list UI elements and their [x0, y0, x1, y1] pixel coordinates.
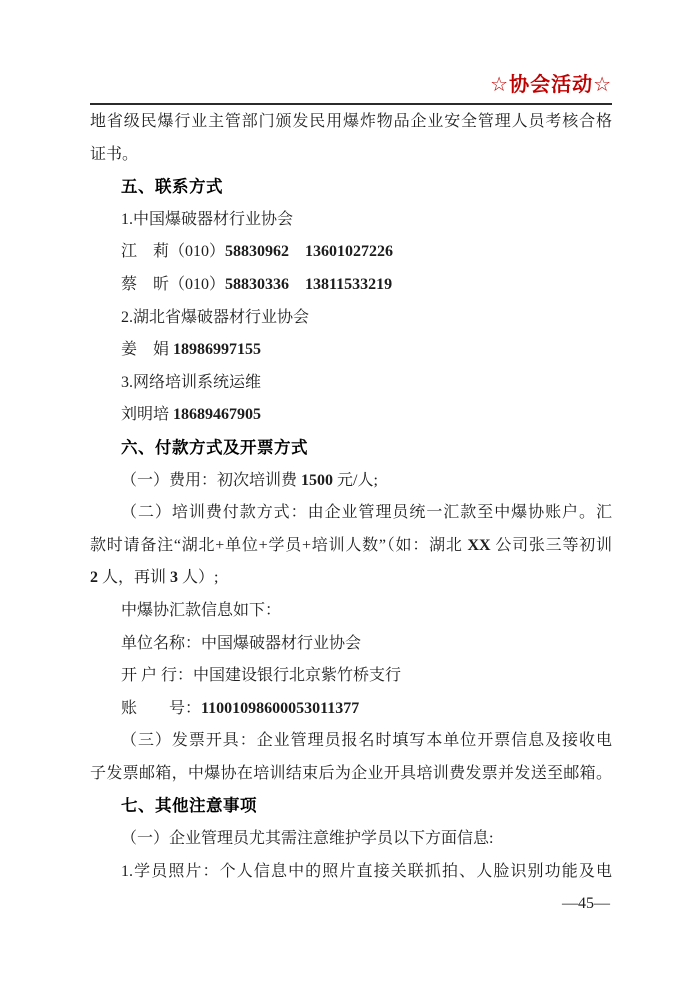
- text-segment: 11001098600053011377: [201, 700, 359, 717]
- doc-line: 六、付款方式及开票方式: [90, 432, 612, 465]
- text-segment: 七、其他注意事项: [121, 797, 257, 815]
- text-segment: （二）培训费付款方式：由企业管理员统一汇款至中爆协账户。汇: [121, 504, 612, 521]
- text-segment: 开 户 行：中国建设银行北京紫竹桥支行: [121, 667, 401, 684]
- doc-line: 1.中国爆破器材行业协会: [90, 204, 612, 237]
- page-header: ☆协会活动☆: [90, 0, 612, 98]
- doc-line: 账 号：11001098600053011377: [90, 693, 612, 726]
- column-header-title: ☆协会活动☆: [490, 74, 612, 96]
- doc-line: 证书。: [90, 139, 612, 172]
- text-segment: （一）费用：初次培训费: [121, 472, 301, 489]
- doc-line: 刘明培 18689467905: [90, 399, 612, 432]
- doc-line: 开 户 行：中国建设银行北京紫竹桥支行: [90, 660, 612, 693]
- page-footer: —45—: [90, 893, 612, 915]
- text-segment: 58830336 13811533219: [225, 276, 392, 293]
- doc-line: 款时请备注“湖北+单位+学员+培训人数”（如：湖北 XX 公司张三等初训: [90, 530, 612, 563]
- doc-line: （一）费用：初次培训费 1500 元/人;: [90, 465, 612, 498]
- text-segment: 18986997155: [173, 341, 261, 358]
- doc-line: 2.湖北省爆破器材行业协会: [90, 302, 612, 335]
- doc-line: （三）发票开具：企业管理员报名时填写本单位开票信息及接收电: [90, 725, 612, 758]
- text-segment: 人）;: [178, 569, 218, 586]
- doc-line: 江 莉（010）58830962 13601027226: [90, 236, 612, 269]
- text-segment: 刘明培: [121, 406, 173, 423]
- text-segment: 2: [90, 569, 98, 586]
- text-segment: 单位名称：中国爆破器材行业协会: [121, 635, 361, 652]
- text-segment: 蔡 昕（010）: [121, 276, 225, 293]
- text-segment: 3.网络培训系统运维: [121, 374, 261, 391]
- text-segment: 公司张三等初训: [491, 537, 612, 554]
- document-page: ☆协会活动☆ 地省级民爆行业主管部门颁发民用爆炸物品企业安全管理人员考核合格证书…: [0, 0, 700, 990]
- page-number: —45—: [562, 895, 610, 912]
- doc-line: 地省级民爆行业主管部门颁发民用爆炸物品企业安全管理人员考核合格: [90, 106, 612, 139]
- text-segment: 款时请备注“湖北+单位+学员+培训人数”（如：湖北: [90, 537, 467, 554]
- text-segment: 18689467905: [173, 406, 261, 423]
- text-segment: 元/人;: [333, 472, 378, 489]
- text-segment: 姜 娟: [121, 341, 173, 358]
- doc-line: 单位名称：中国爆破器材行业协会: [90, 628, 612, 661]
- text-segment: 3: [170, 569, 178, 586]
- doc-line: 中爆协汇款信息如下：: [90, 595, 612, 628]
- text-segment: 2.湖北省爆破器材行业协会: [121, 309, 309, 326]
- text-segment: 人，再训: [98, 569, 170, 586]
- doc-line: 1.学员照片：个人信息中的照片直接关联抓拍、人脸识别功能及电: [90, 856, 612, 889]
- text-segment: XX: [467, 537, 490, 554]
- doc-line: 2 人，再训 3 人）;: [90, 562, 612, 595]
- text-segment: 子发票邮箱，中爆协在培训结束后为企业开具培训费发票并发送至邮箱。: [90, 765, 612, 782]
- text-segment: 58830962 13601027226: [225, 243, 393, 260]
- text-segment: 账 号：: [121, 700, 201, 717]
- text-segment: 1.学员照片：个人信息中的照片直接关联抓拍、人脸识别功能及电: [121, 863, 612, 880]
- text-segment: 1500: [301, 472, 333, 489]
- doc-line: （一）企业管理员尤其需注意维护学员以下方面信息:: [90, 823, 612, 856]
- doc-line: 五、联系方式: [90, 171, 612, 204]
- text-segment: 五、联系方式: [121, 178, 223, 196]
- text-segment: 中爆协汇款信息如下：: [121, 602, 281, 619]
- text-segment: （一）企业管理员尤其需注意维护学员以下方面信息:: [121, 830, 493, 847]
- doc-body: 地省级民爆行业主管部门颁发民用爆炸物品企业安全管理人员考核合格证书。五、联系方式…: [90, 105, 612, 888]
- doc-line: 3.网络培训系统运维: [90, 367, 612, 400]
- doc-line: 蔡 昕（010）58830336 13811533219: [90, 269, 612, 302]
- text-segment: 江 莉（010）: [121, 243, 225, 260]
- text-segment: 六、付款方式及开票方式: [121, 439, 308, 457]
- text-segment: 1.中国爆破器材行业协会: [121, 211, 293, 228]
- doc-line: 姜 娟 18986997155: [90, 334, 612, 367]
- text-segment: 证书。: [90, 146, 138, 163]
- doc-line: 子发票邮箱，中爆协在培训结束后为企业开具培训费发票并发送至邮箱。: [90, 758, 612, 791]
- text-segment: （三）发票开具：企业管理员报名时填写本单位开票信息及接收电: [121, 732, 612, 749]
- doc-line: （二）培训费付款方式：由企业管理员统一汇款至中爆协账户。汇: [90, 497, 612, 530]
- text-segment: 地省级民爆行业主管部门颁发民用爆炸物品企业安全管理人员考核合格: [90, 113, 612, 130]
- doc-line: 七、其他注意事项: [90, 790, 612, 823]
